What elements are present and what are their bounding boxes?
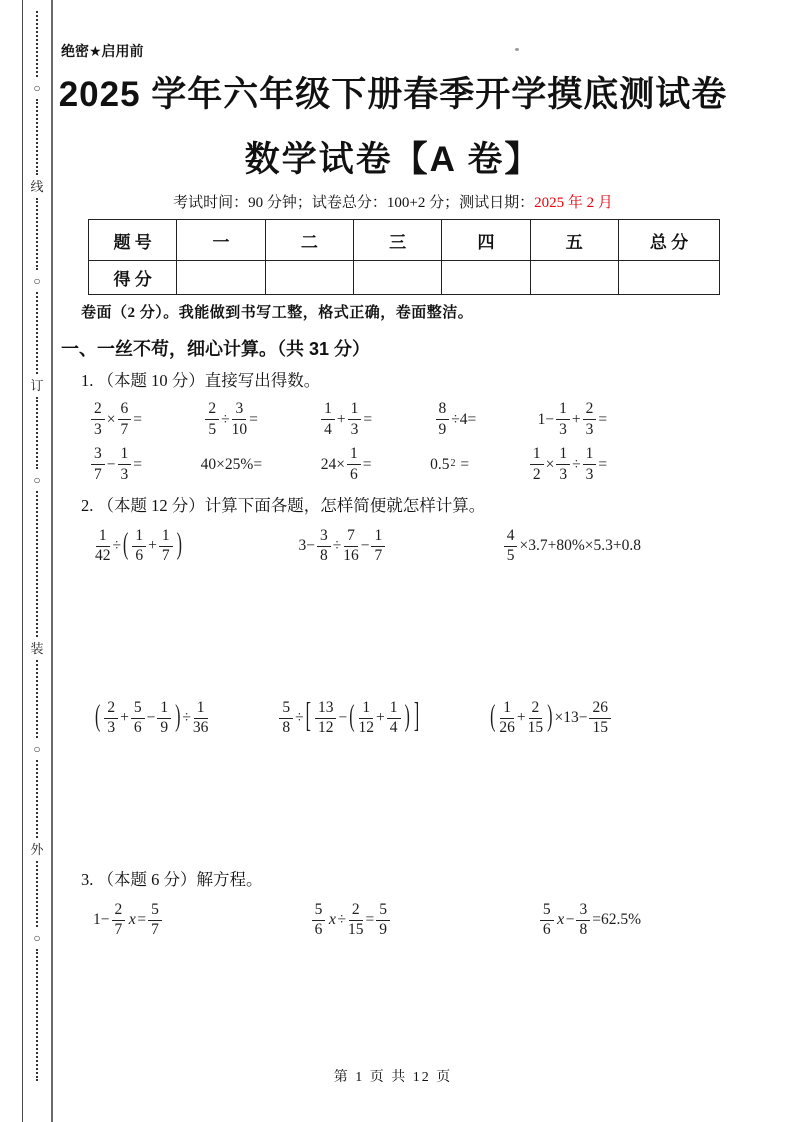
math-expression: 23×67= — [89, 401, 146, 438]
fraction: 17 — [159, 528, 173, 565]
fraction: 136 — [193, 700, 209, 737]
score-blank-cell — [265, 261, 353, 295]
page-footer: 第 1 页 共 12 页 — [53, 1066, 733, 1086]
dotted-line — [36, 760, 38, 838]
score-table-cell-tihao: 题 号 — [89, 220, 177, 261]
dotted-line — [36, 99, 38, 175]
fraction: 89 — [436, 401, 450, 438]
fraction: 142 — [95, 528, 111, 565]
fraction: 16 — [132, 528, 146, 565]
fraction: 310 — [232, 401, 248, 438]
variable-x: x — [127, 911, 137, 929]
fraction: 14 — [321, 401, 335, 438]
dotted-line — [36, 861, 38, 927]
dotted-line — [36, 11, 38, 77]
fraction: 56 — [312, 902, 326, 939]
binding-circle: ○ — [33, 275, 40, 287]
binding-circle: ○ — [33, 932, 40, 944]
math-expression: 24×16= — [321, 446, 376, 483]
variable-x: x — [556, 911, 566, 929]
math-expression: 56x÷215=59 — [310, 902, 392, 939]
delimiter: ( — [123, 529, 128, 563]
secrecy-label: 绝密★启用前 — [61, 42, 733, 60]
fraction: 27 — [112, 902, 126, 939]
math-expression: 45×3.7+80%×5.3+0.8 — [502, 528, 641, 565]
score-table-cell-total: 总 分 — [618, 220, 719, 261]
score-blank-cell — [530, 261, 618, 295]
exam-page: 绝密★启用前 2025 学年六年级下册春季开学摸底测试卷 数学试卷【A 卷】 考… — [53, 0, 733, 1086]
dotted-line — [36, 949, 38, 1081]
score-table-header-row: 题 号 一 二 三 四 五 总 分 — [89, 220, 720, 261]
score-table-cell-5: 五 — [530, 220, 618, 261]
exam-info-text: 考试时间：90 分钟；试卷总分：100+2 分；测试日期： — [173, 195, 534, 211]
delimiter: ] — [414, 699, 419, 738]
math-expression: 25÷310= — [203, 401, 261, 438]
question-2-expressions-row-1: 142÷(16+17)3−38÷716−1745×3.7+80%×5.3+0.8 — [93, 524, 641, 568]
exponent: 2 — [451, 459, 456, 469]
binding-char-xian: 线 — [30, 180, 43, 193]
math-expression: (23+56−19)÷136 — [93, 700, 210, 737]
fraction: 716 — [343, 528, 359, 565]
fraction: 13 — [583, 446, 597, 483]
binding-char-wai: 外 — [30, 843, 43, 856]
question-1-label: 1. （本题 10 分）直接写出得数。 — [81, 367, 733, 391]
score-blank-cell — [353, 261, 441, 295]
dotted-line — [36, 660, 38, 738]
binding-circle: ○ — [33, 82, 40, 94]
exam-subtitle: 数学试卷【A 卷】 — [53, 138, 733, 182]
math-expression: 89÷4= — [434, 401, 481, 438]
score-label-cell: 得 分 — [89, 261, 177, 295]
math-expression: 40×25%= — [201, 456, 266, 474]
dotted-line — [36, 292, 38, 374]
score-blank-cell — [177, 261, 265, 295]
binding-char-ding: 订 — [30, 379, 43, 392]
delimiter: ) — [547, 701, 552, 735]
fraction: 13 — [556, 401, 570, 438]
fraction: 37 — [91, 446, 105, 483]
fraction: 59 — [376, 902, 390, 939]
variable-x: x — [327, 911, 337, 929]
fraction: 1312 — [315, 700, 337, 737]
fraction: 45 — [504, 528, 518, 565]
math-expression: 37−13= — [89, 446, 146, 483]
fraction: 12 — [530, 446, 544, 483]
math-expression: 14+13= — [319, 401, 376, 438]
question-3-expressions-row: 1−27x=5756x÷215=5956x−38=62.5% — [93, 901, 641, 939]
delimiter: [ — [306, 699, 311, 738]
fraction: 14 — [387, 700, 401, 737]
score-table: 题 号 一 二 三 四 五 总 分 得 分 — [88, 219, 720, 295]
fraction: 23 — [104, 700, 118, 737]
delimiter: ) — [177, 529, 182, 563]
question-1-expressions-row-1: 23×67= 25÷310= 14+13= 89÷4= 1−13+23= — [89, 401, 611, 438]
fraction: 16 — [347, 446, 361, 483]
delimiter: ) — [175, 701, 180, 735]
question-3-label: 3. （本题 6 分）解方程。 — [81, 866, 733, 890]
fraction: 112 — [359, 700, 375, 737]
fraction: 38 — [317, 528, 331, 565]
fraction: 56 — [131, 700, 145, 737]
delimiter: ( — [95, 701, 100, 735]
math-expression: 1−27x=57 — [93, 902, 164, 939]
delimiter: ( — [490, 701, 495, 735]
fraction: 13 — [556, 446, 570, 483]
question-2-label: 2. （本题 12 分）计算下面各题，怎样简便就怎样计算。 — [81, 492, 733, 516]
math-expression: 58÷[1312−(112+14)] — [277, 700, 421, 737]
exam-info-line: 考试时间：90 分钟；试卷总分：100+2 分；测试日期：2025 年 2 月 — [53, 194, 733, 214]
fraction: 13 — [348, 401, 362, 438]
math-expression: 142÷(16+17) — [93, 528, 184, 565]
math-expression: 56x−38=62.5% — [538, 902, 641, 939]
fraction: 23 — [583, 401, 597, 438]
delimiter: ( — [349, 701, 354, 735]
fraction: 56 — [540, 902, 554, 939]
exam-title: 2025 学年六年级下册春季开学摸底测试卷 — [53, 73, 733, 117]
score-blank-cell — [618, 261, 719, 295]
binding-strip: ○ 线 ○ 订 ○ 装 ○ 外 ○ — [22, 0, 53, 1122]
fraction: 17 — [371, 528, 385, 565]
dotted-line — [36, 397, 38, 469]
binding-circle: ○ — [33, 474, 40, 486]
fraction: 215 — [348, 902, 364, 939]
math-expression: 0.52 = — [430, 456, 473, 474]
score-table-cell-4: 四 — [442, 220, 530, 261]
binding-char-zhuang: 装 — [30, 642, 43, 655]
neatness-note: 卷面（2 分）。我能做到书写工整，格式正确，卷面整洁。 — [81, 301, 733, 322]
score-table-cell-3: 三 — [353, 220, 441, 261]
dotted-line — [36, 491, 38, 637]
question-2-expressions-row-2: (23+56−19)÷13658÷[1312−(112+14)](126+215… — [93, 696, 613, 740]
fraction: 13 — [118, 446, 132, 483]
fraction: 19 — [157, 700, 171, 737]
score-blank-cell — [442, 261, 530, 295]
question-1-expressions-row-2: 37−13= 40×25%= 24×16= 0.52 = 12×13÷13= — [89, 446, 611, 483]
score-table-cell-2: 二 — [265, 220, 353, 261]
fraction: 215 — [528, 700, 544, 737]
math-expression: 1−13+23= — [538, 401, 611, 438]
fraction: 57 — [148, 902, 162, 939]
math-expression: 12×13÷13= — [528, 446, 611, 483]
fraction: 2615 — [589, 700, 611, 737]
math-expression: (126+215)×13−2615 — [488, 700, 613, 737]
exam-date: 2025 年 2 月 — [534, 195, 613, 211]
fraction: 58 — [279, 700, 293, 737]
delimiter: ) — [405, 701, 410, 735]
score-table-score-row: 得 分 — [89, 261, 720, 295]
fraction: 38 — [576, 902, 590, 939]
math-expression: 3−38÷716−17 — [298, 528, 387, 565]
score-table-cell-1: 一 — [177, 220, 265, 261]
fraction: 23 — [91, 401, 105, 438]
fraction: 126 — [499, 700, 515, 737]
binding-circle: ○ — [33, 743, 40, 755]
fraction: 25 — [205, 401, 219, 438]
section-1-heading: 一、一丝不苟，细心计算。（共 31 分） — [61, 335, 733, 361]
dotted-line — [36, 198, 38, 270]
fraction: 67 — [118, 401, 132, 438]
